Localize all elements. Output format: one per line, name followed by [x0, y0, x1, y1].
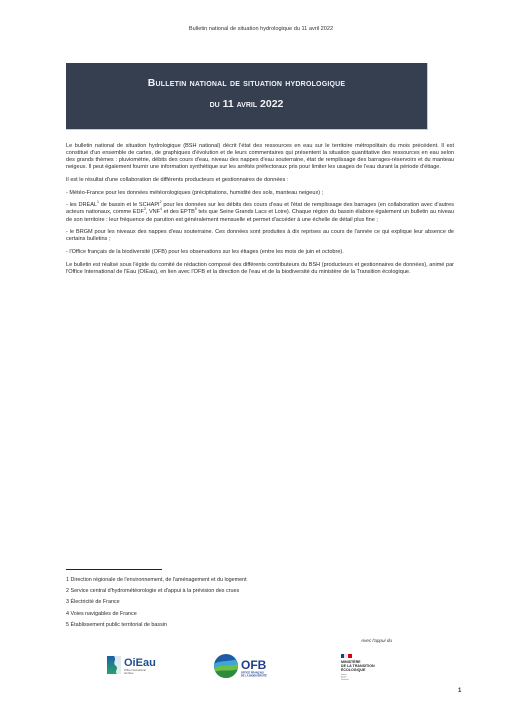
- support-label: Avec l'appui du: [361, 638, 392, 643]
- svg-text:OiEau: OiEau: [124, 657, 156, 669]
- svg-text:de l'Eau: de l'Eau: [124, 671, 134, 675]
- dreal-item: - les DREAL1 de bassin et le SCHAPI2 pou…: [66, 202, 454, 223]
- oieau-logo-icon: OiEau Office International de l'Eau: [105, 652, 175, 678]
- intro-paragraph: Le bulletin national de situation hydrol…: [66, 143, 454, 171]
- footnote-5: 5 Établissement public territorial de ba…: [66, 622, 247, 633]
- dreal-text: de bassin et le SCHAPI: [99, 202, 160, 208]
- running-header: Bulletin national de situation hydrologi…: [0, 26, 522, 32]
- oieau-logo: OiEau Office International de l'Eau: [105, 652, 175, 678]
- marianne-logo-icon: MINISTÈRE DE LA TRANSITION ÉCOLOGIQUE Li…: [340, 653, 410, 689]
- ofb-logo: OFB OFFICE FRANÇAIS DE LA BIODIVERSITÉ: [210, 650, 290, 682]
- dreal-text: , VNF: [146, 209, 160, 215]
- svg-text:OFB: OFB: [241, 658, 267, 672]
- page-number: 1: [458, 688, 461, 694]
- committee-paragraph: Le bulletin est réalisé sous l'égide du …: [66, 262, 454, 276]
- footnotes: 1 Direction régionale de l'environnement…: [66, 577, 247, 633]
- svg-text:ÉCOLOGIQUE: ÉCOLOGIQUE: [341, 667, 366, 672]
- svg-text:Fraternité: Fraternité: [341, 678, 349, 681]
- footnote-separator: [66, 569, 162, 570]
- footnote-3: 3 Électricité de France: [66, 599, 247, 610]
- footnote-2: 2 Service central d'hydrométéorologie et…: [66, 588, 247, 599]
- meteo-france-item: - Météo-France pour les données météorol…: [66, 190, 454, 197]
- dreal-text: - les DREAL: [66, 202, 97, 208]
- dreal-text: et des EPTB: [162, 209, 195, 215]
- collaboration-paragraph: Il est le résultat d'une collaboration d…: [66, 177, 454, 184]
- svg-text:DE LA BIODIVERSITÉ: DE LA BIODIVERSITÉ: [241, 675, 267, 678]
- ministry-logo: MINISTÈRE DE LA TRANSITION ÉCOLOGIQUE Li…: [340, 653, 410, 689]
- title-line-1: Bulletin national de situation hydrologi…: [66, 77, 427, 89]
- brgm-item: - le BRGM pour les niveaux des nappes d'…: [66, 229, 454, 243]
- body-text: Le bulletin national de situation hydrol…: [66, 143, 454, 281]
- title-banner: Bulletin national de situation hydrologi…: [66, 63, 428, 130]
- footnote-4: 4 Voies navigables de France: [66, 611, 247, 622]
- ofb-item: - l'Office français de la biodiversité (…: [66, 249, 454, 256]
- ofb-logo-icon: OFB OFFICE FRANÇAIS DE LA BIODIVERSITÉ: [210, 650, 290, 682]
- title-line-2: du 11 avril 2022: [66, 98, 427, 110]
- footnote-1: 1 Direction régionale de l'environnement…: [66, 577, 247, 588]
